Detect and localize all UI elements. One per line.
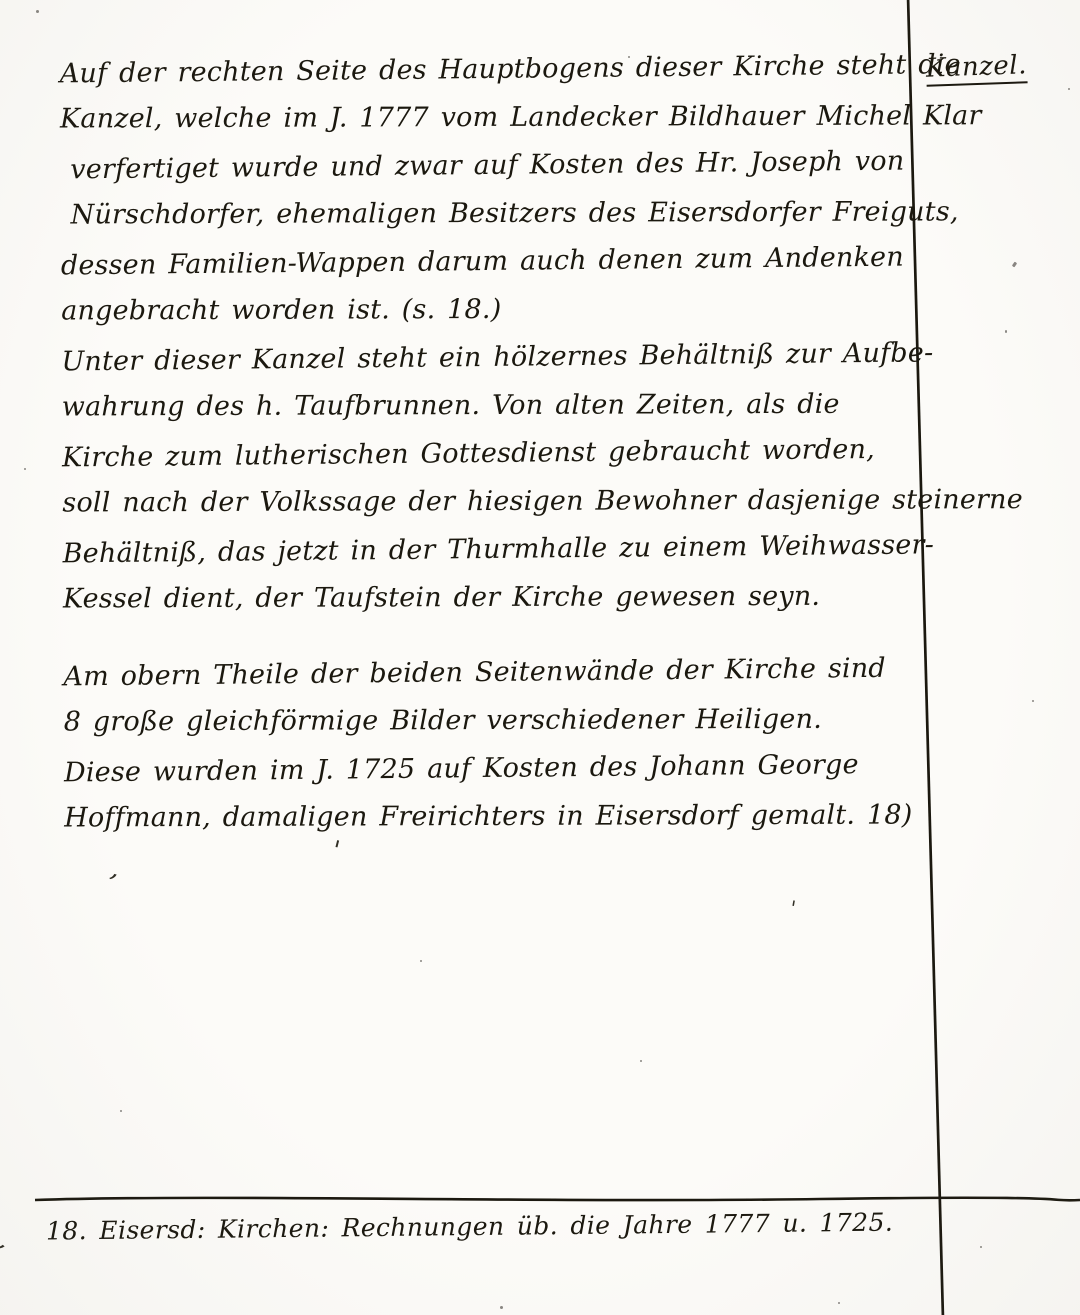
handwritten-line: dessen Familien-Wappen darum auch denen … [61, 234, 907, 291]
paragraph-kanzel: Auf der rechten Seite des Hauptbogens di… [60, 43, 908, 336]
manuscript-body: Auf der rechten Seite des Hauptbogens di… [60, 43, 911, 843]
handwritten-line: Diese wurden im J. 1725 auf Kosten des J… [64, 741, 910, 798]
handwritten-line: Auf der rechten Seite des Hauptbogens di… [59, 42, 905, 99]
handwritten-line: angebracht worden ist. (s. 18.) [61, 285, 907, 336]
handwritten-line: 8 große gleichförmige Bilder verschieden… [64, 696, 910, 747]
handwritten-line: Hoffmann, damaligen Freirichters in Eise… [64, 792, 910, 843]
handwritten-line: Behältniß, das jetzt in der Thurmhalle z… [62, 522, 908, 579]
handwritten-line: wahrung des h. Taufbrunnen. Von alten Ze… [62, 381, 908, 432]
footnote-separator-line [35, 1198, 1080, 1201]
paragraph-taufbrunnen: Unter dieser Kanzel steht ein hölzernes … [61, 331, 909, 624]
handwritten-line: Nürschdorfer, ehemaligen Besitzers des E… [61, 189, 907, 240]
handwritten-line: Am obern Theile der beiden Seitenwände d… [63, 645, 909, 702]
handwritten-line: verfertiget wurde und zwar auf Kosten de… [60, 138, 906, 195]
handwritten-line: soll nach der Volkssage der hiesigen Bew… [62, 477, 908, 528]
handwritten-line: Unter dieser Kanzel steht ein hölzernes … [61, 330, 907, 387]
handwritten-line: Kanzel, welche im J. 1777 vom Landecker … [60, 93, 906, 144]
handwritten-line: Kessel dient, der Taufstein der Kirche g… [63, 573, 909, 624]
manuscript-page: Kanzel. Auf der rechten Seite des Hauptb… [0, 0, 1080, 1315]
paragraph-bilder: Am obern Theile der beiden Seitenwände d… [63, 646, 910, 843]
handwritten-line: Kirche zum lutherischen Gottesdienst geb… [62, 426, 908, 483]
